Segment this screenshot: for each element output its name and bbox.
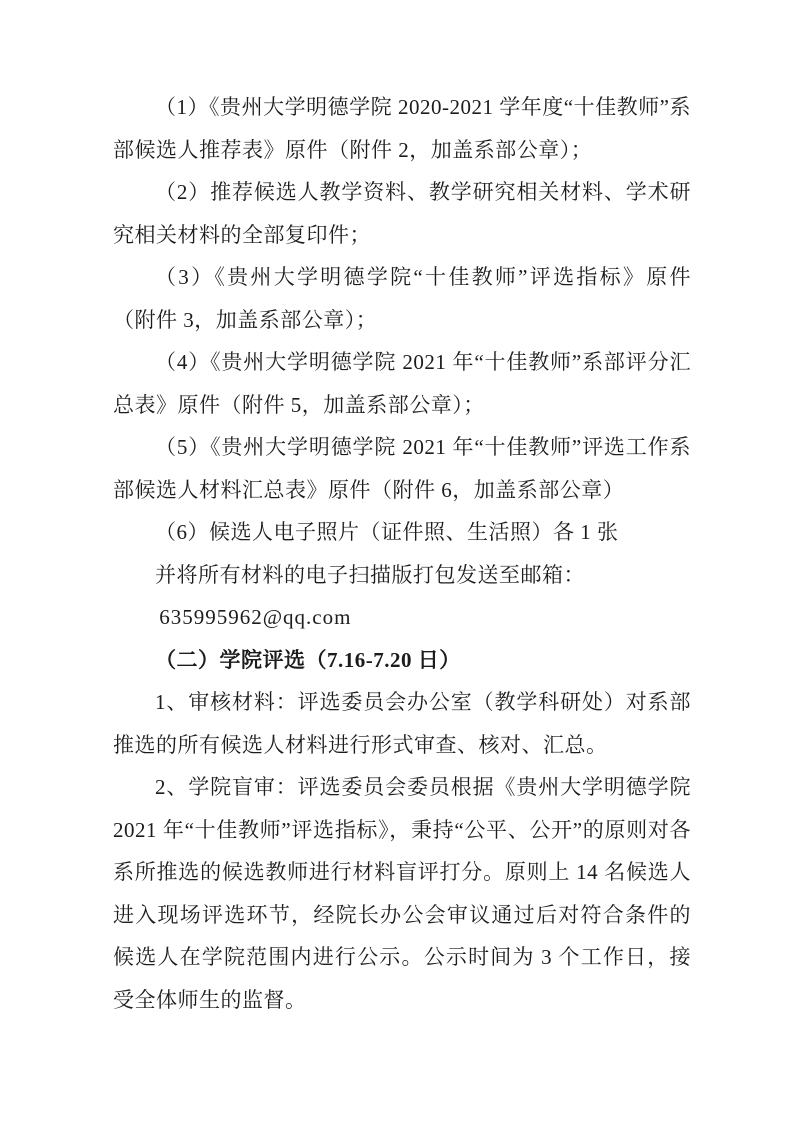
attachment-item-2: （2）推荐候选人教学资料、教学研究相关材料、学术研究相关材料的全部复印件； — [113, 171, 691, 256]
attachment-item-5: （5）《贵州大学明德学院 2021 年“十佳教师”评选工作系部候选人材料汇总表》… — [113, 426, 691, 511]
section-heading-college-selection: （二）学院评选（7.16-7.20 日） — [113, 639, 691, 682]
document-page: （1）《贵州大学明德学院 2020-2021 学年度“十佳教师”系部候选人推荐表… — [0, 0, 793, 1122]
attachment-item-3: （3）《贵州大学明德学院“十佳教师”评选指标》原件（附件 3，加盖系部公章）； — [113, 256, 691, 341]
step-2-blind-review: 2、学院盲审：评选委员会委员根据《贵州大学明德学院 2021 年“十佳教师”评选… — [113, 766, 691, 1021]
attachment-item-4: （4）《贵州大学明德学院 2021 年“十佳教师”系部评分汇总表》原件（附件 5… — [113, 341, 691, 426]
email-instruction-line: 并将所有材料的电子扫描版打包发送至邮箱： — [113, 554, 691, 597]
document-text-block: （1）《贵州大学明德学院 2020-2021 学年度“十佳教师”系部候选人推荐表… — [113, 86, 691, 1021]
attachment-item-6: （6）候选人电子照片（证件照、生活照）各 1 张 — [113, 511, 691, 554]
email-address: 635995962@qq.com — [113, 596, 691, 639]
attachment-item-1: （1）《贵州大学明德学院 2020-2021 学年度“十佳教师”系部候选人推荐表… — [113, 86, 691, 171]
step-1-review-materials: 1、审核材料：评选委员会办公室（教学科研处）对系部推选的所有候选人材料进行形式审… — [113, 681, 691, 766]
